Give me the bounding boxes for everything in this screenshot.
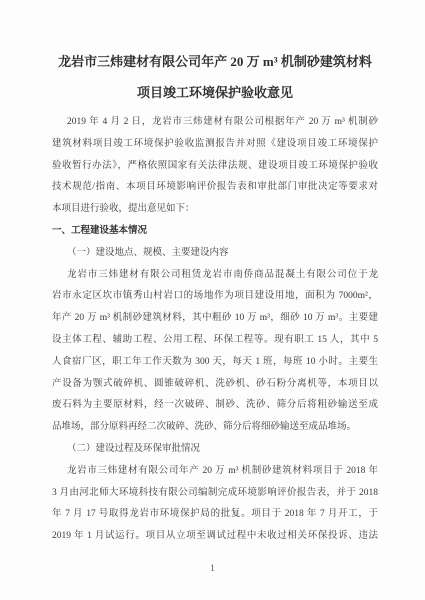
text-line: 建筑材料项目竣工环境保护验收监测报告并对照《建设项目竣工环境保护 xyxy=(52,134,378,156)
text-line: 废石料为主要原材料，经一次破碎、制砂、洗砂、筛分后将粗砂输送至成 xyxy=(52,395,378,417)
text-line: 龙岩市三炜建材有限公司年产 20 万 m³ 机制砂建筑材料项目于 2018 年 xyxy=(52,461,378,483)
document-title: 龙岩市三炜建材有限公司年产 20 万 m³ 机制砂建筑材料 项目竣工环境保护验收… xyxy=(52,46,378,108)
text-line: 本项目进行验收，提出意见如下： xyxy=(52,199,378,221)
document-page: 龙岩市三炜建材有限公司年产 20 万 m³ 机制砂建筑材料 项目竣工环境保护验收… xyxy=(0,0,425,600)
text-line: 产设备为颚式破碎机、圆锥破碎机、洗砂机、砂石粉分离机等，本项目以 xyxy=(52,374,378,396)
section-heading: 一、工程建设基本情况 xyxy=(52,221,378,243)
text-line: 2019 年 4 月 2 日，龙岩市三炜建材有限公司根据年产 20 万 m³ 机… xyxy=(52,112,378,134)
title-line-1: 龙岩市三炜建材有限公司年产 20 万 m³ 机制砂建筑材料 xyxy=(52,46,378,77)
text-line: 人食宿厂区，职工年工作天数为 300 天，每天 1 班，每班 10 小时。主要生 xyxy=(52,352,378,374)
text-line: 设主体工程、辅助工程、公用工程、环保工程等。现有职工 15 人，其中 5 xyxy=(52,330,378,352)
title-line-2: 项目竣工环境保护验收意见 xyxy=(52,77,378,108)
text-line: 年产 20 万 m³ 机制砂建筑材料，其中粗砂 10 万 m³，细砂 10 万 … xyxy=(52,308,378,330)
subsection-heading: （二）建设过程及环保审批情况 xyxy=(52,439,378,461)
page-number: 1 xyxy=(0,564,425,574)
text-line: 3 月由河北师大环境科技有限公司编制完成环境影响评价报告表，并于 2018 xyxy=(52,483,378,505)
text-line: 技术规范/指南、本项目环境影响评价报告表和审批部门审批决定等要求对 xyxy=(52,177,378,199)
text-line: 品堆场，部分原料再经二次破碎、洗砂、筛分后将细砂输送至成品堆场。 xyxy=(52,417,378,439)
text-line: 龙岩市三炜建材有限公司租赁龙岩市南侨商品混凝土有限公司位于龙 xyxy=(52,265,378,287)
document-body: 2019 年 4 月 2 日，龙岩市三炜建材有限公司根据年产 20 万 m³ 机… xyxy=(52,112,378,548)
text-line: 2019 年 1 月试运行。项目从立项至调试过程中未收过相关环保投诉、违法 xyxy=(52,526,378,548)
text-line: 年 7 月 17 号取得龙岩市环境保护局的批复。项目于 2018 年 7 月开工… xyxy=(52,504,378,526)
text-line: 岩市永定区坎市镇秀山村岩口的场地作为项目建设用地，面积为 7000m²， xyxy=(52,286,378,308)
text-line: 验收暂行办法》，严格依照国家有关法律法规、建设项目竣工环境保护验收 xyxy=(52,156,378,178)
subsection-heading: （一）建设地点、规模、主要建设内容 xyxy=(52,243,378,265)
